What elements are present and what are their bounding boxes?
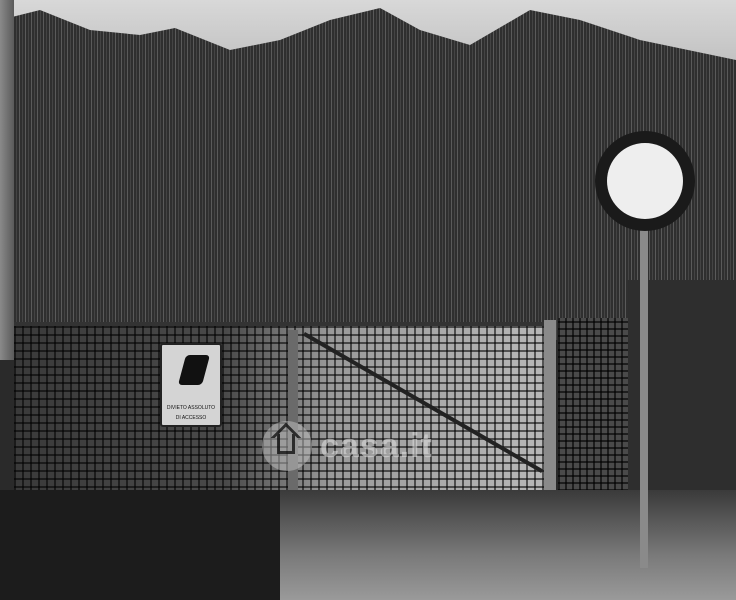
gate-sign: DIVIETO ASSOLUTO DI ACCESSO [160,343,222,427]
shadow [0,490,280,600]
building-wall [0,0,14,360]
butterfly-icon [178,355,210,385]
no-vehicles-sign [595,131,695,231]
photo: DIVIETO ASSOLUTO DI ACCESSO casa.it [0,0,736,600]
house-icon [262,421,312,471]
sign-line-2: DI ACCESSO [166,415,216,421]
watermark: casa.it [262,421,433,471]
sign-line-1: DIVIETO ASSOLUTO [166,405,216,411]
watermark-text: casa.it [320,427,433,466]
sign-pole [640,228,648,568]
